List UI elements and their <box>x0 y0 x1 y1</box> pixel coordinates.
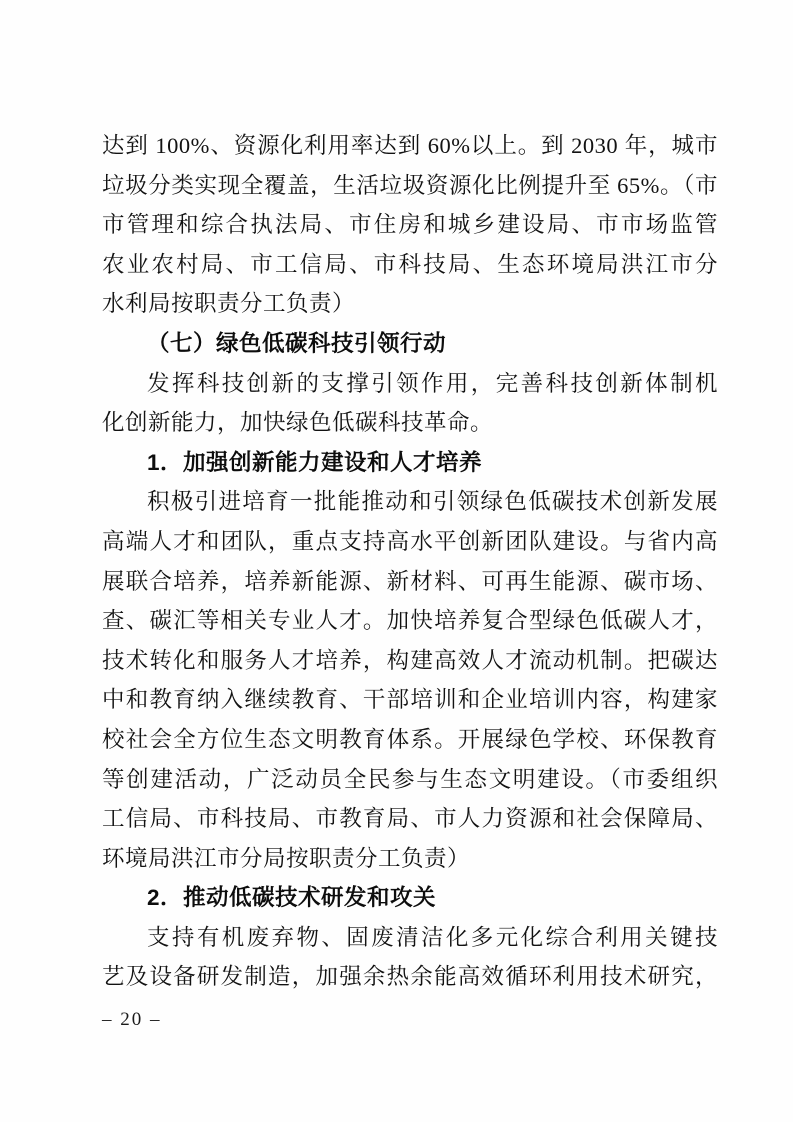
text-line: 工信局、市科技局、市教育局、市人力资源和社会保障局、生态 <box>102 799 718 839</box>
text-line: 等创建活动，广泛动员全民参与生态文明建设。（市委组织部、市 <box>102 760 718 800</box>
text-line: 垃圾分类实现全覆盖，生活垃圾资源化比例提升至 65%。（市城 <box>102 166 718 206</box>
document-page: 达到 100%、资源化利用率达到 60%以上。到 2030 年，城市生活 垃圾分… <box>0 0 793 1122</box>
subsection-heading-1: 1．加强创新能力建设和人才培养 <box>102 443 718 483</box>
text-line: 发挥科技创新的支撑引领作用，完善科技创新体制机制，强 <box>102 364 718 404</box>
subsection-heading-2: 2．推动低碳技术研发和攻关 <box>102 878 718 918</box>
text-line: 高端人才和团队，重点支持高水平创新团队建设。与省内高校开 <box>102 522 718 562</box>
section-heading-7: （七）绿色低碳科技引领行动 <box>102 324 718 364</box>
text-line: 技术转化和服务人才培养，构建高效人才流动机制。把碳达峰碳 <box>102 641 718 681</box>
text-line: 查、碳汇等相关专业人才。加快培养复合型绿色低碳人才，加强 <box>102 601 718 641</box>
page-number: – 20 – <box>102 1006 162 1034</box>
text-line: 达到 100%、资源化利用率达到 60%以上。到 2030 年，城市生活 <box>102 126 718 166</box>
text-line: 中和教育纳入继续教育、干部培训和企业培训内容，构建家庭学 <box>102 680 718 720</box>
text-line: 校社会全方位生态文明教育体系。开展绿色学校、环保教育基地 <box>102 720 718 760</box>
text-line: 艺及设备研发制造，加强余热余能高效循环利用技术研究，持续 <box>102 957 718 997</box>
text-line: 水利局按职责分工负责） <box>102 284 718 324</box>
document-body: 达到 100%、资源化利用率达到 60%以上。到 2030 年，城市生活 垃圾分… <box>102 126 718 997</box>
text-line: 农业农村局、市工信局、市科技局、生态环境局洪江市分局、市 <box>102 245 718 285</box>
text-line: 环境局洪江市分局按职责分工负责） <box>102 839 718 879</box>
text-line: 化创新能力，加快绿色低碳科技革命。 <box>102 403 718 443</box>
text-line: 支持有机废弃物、固废清洁化多元化综合利用关键技术、工 <box>102 918 718 958</box>
text-line: 市管理和综合执法局、市住房和城乡建设局、市市场监管局、市 <box>102 205 718 245</box>
text-line: 展联合培养，培养新能源、新材料、可再生能源、碳市场、碳核 <box>102 562 718 602</box>
text-line: 积极引进培育一批能推动和引领绿色低碳技术创新发展的 <box>102 482 718 522</box>
